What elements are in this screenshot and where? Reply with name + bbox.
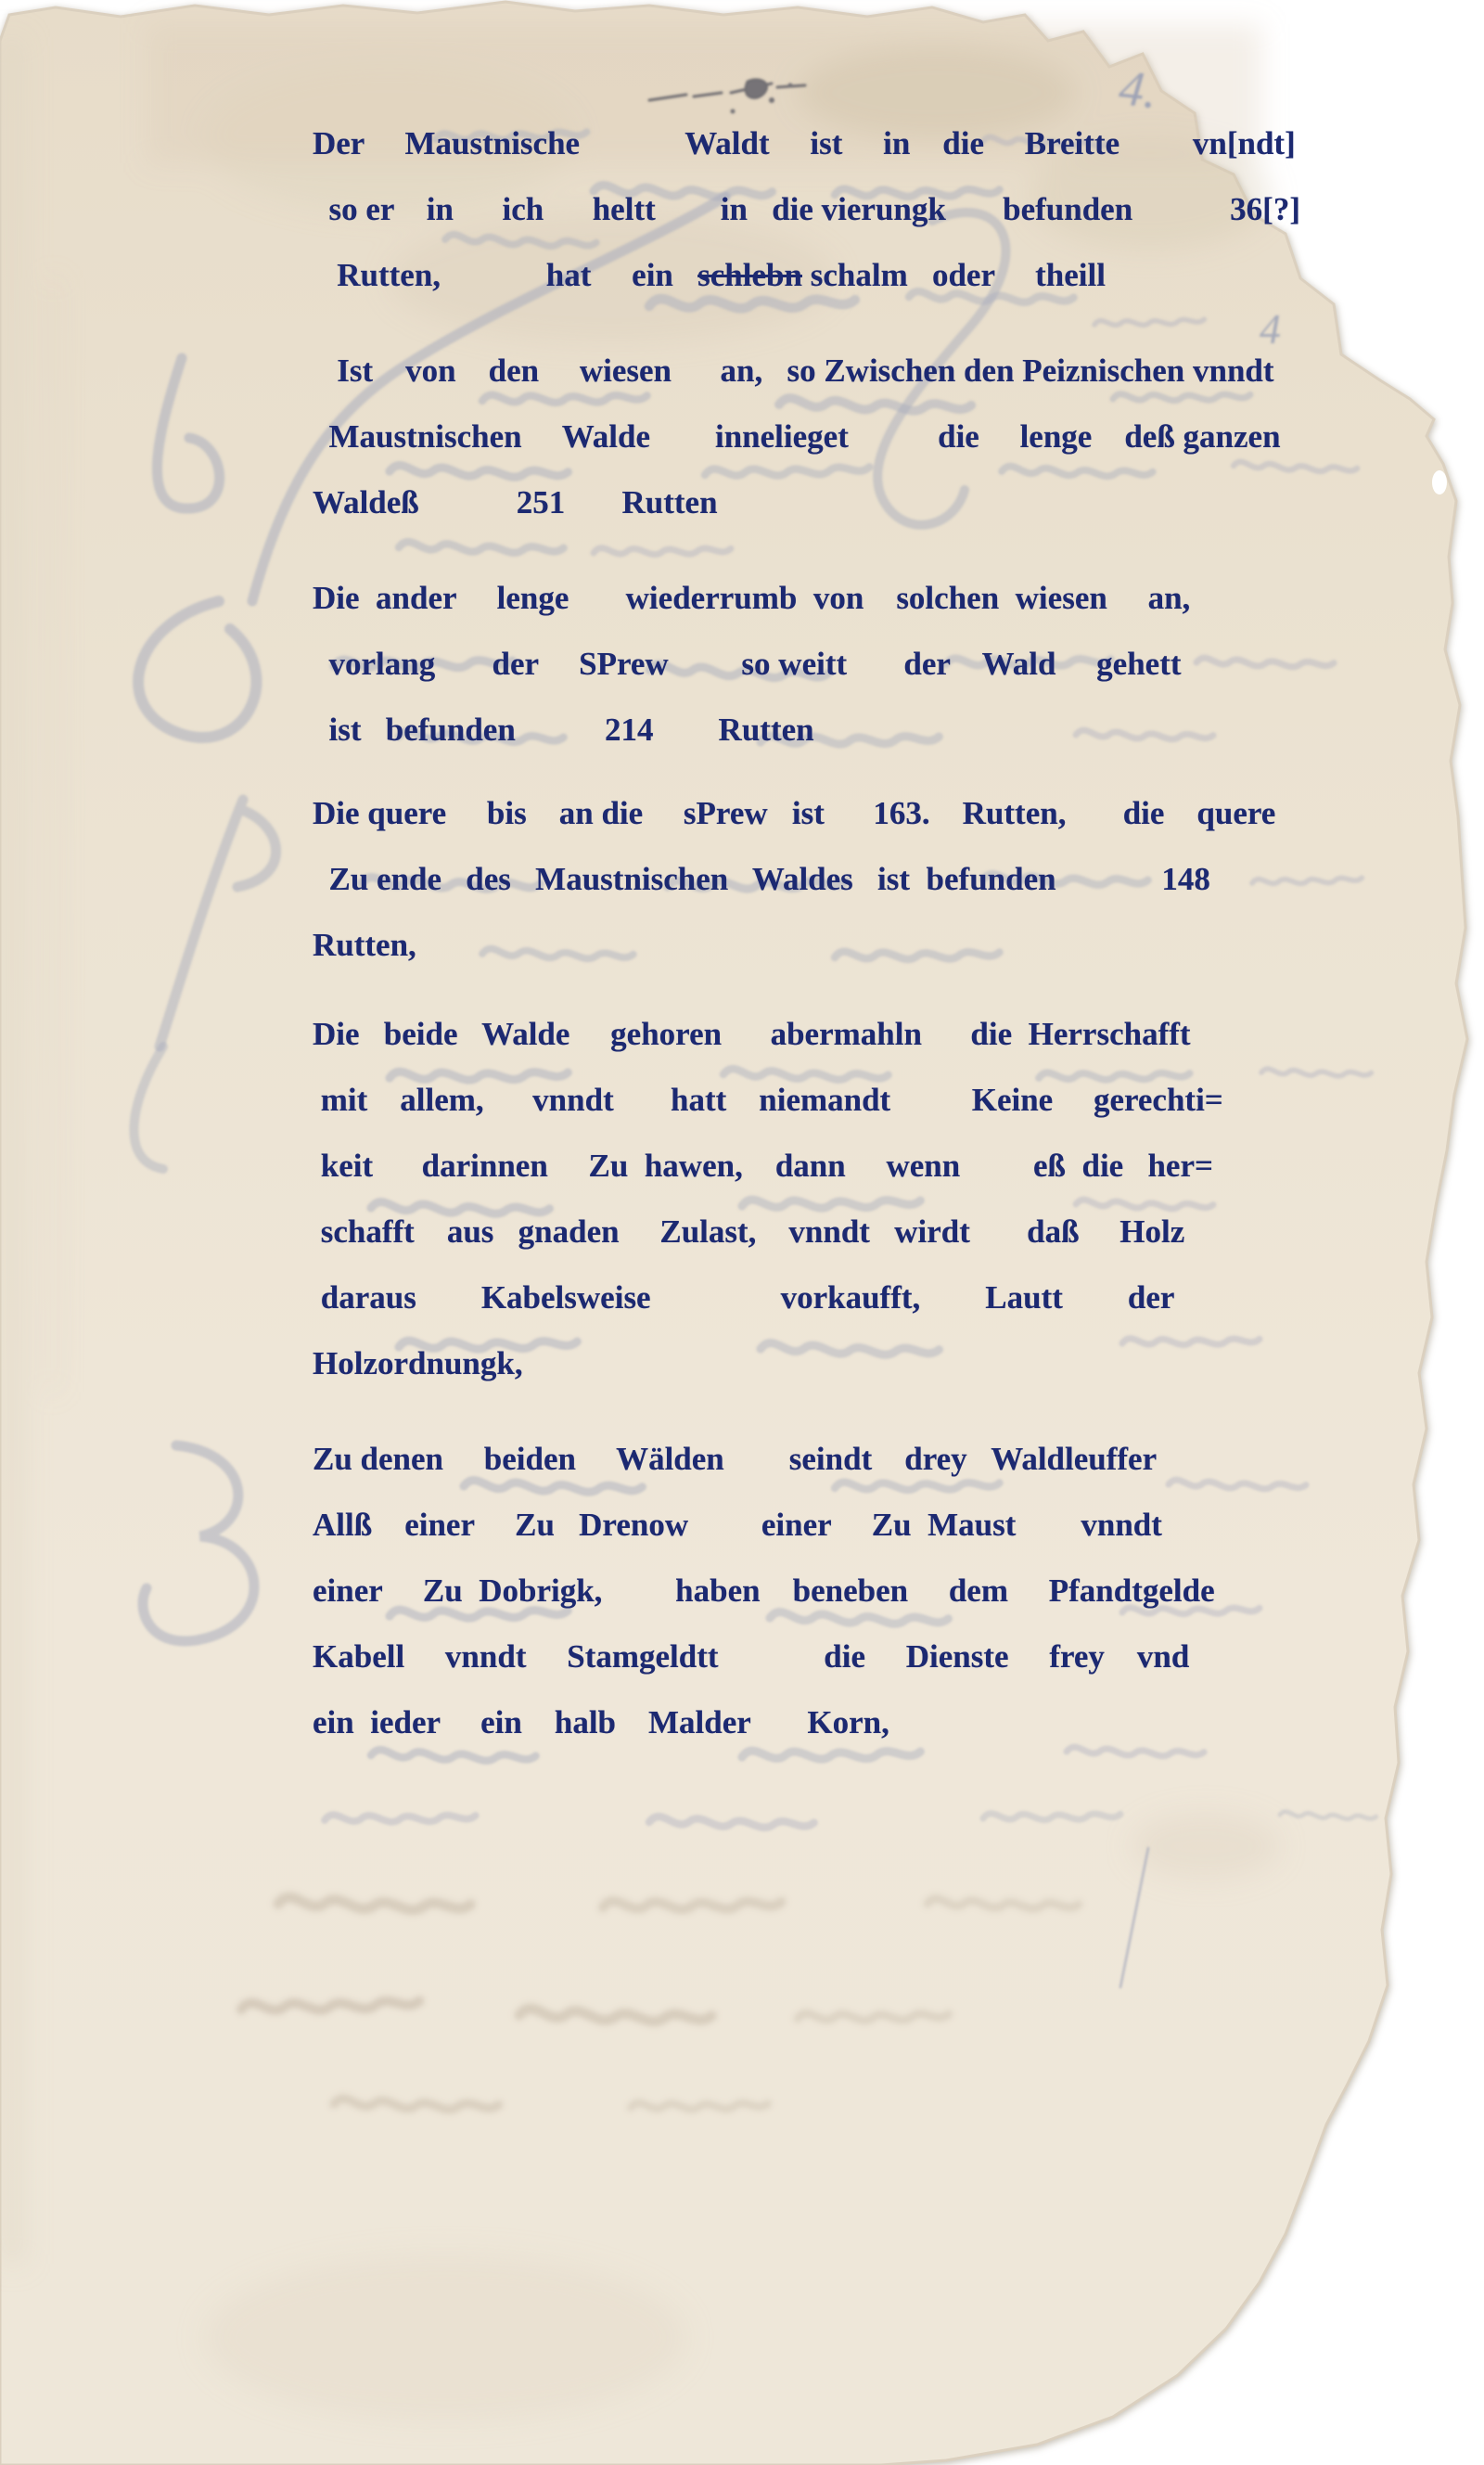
text-segment: Die ander lenge wiederrumb von solchen w… [313,580,1190,616]
transcription-line: Der Maustnische Waldt ist in die Breitte… [313,110,1453,176]
text-segment: mit allem, vnndt hatt niemandt Keine ger… [313,1082,1223,1118]
text-segment: Rutten, [313,927,416,963]
text-segment: Der Maustnische Waldt ist in die Breitte… [313,125,1296,161]
transcription-line: Rutten, [313,912,1453,978]
text-segment: Rutten, hat ein [313,257,697,293]
transcription-paragraph: Ist von den wiesen an, so Zwischen den P… [313,338,1453,535]
transcription-line: schafft aus gnaden Zulast, vnndt wirdt d… [313,1199,1453,1265]
text-segment: Allß einer Zu Drenow einer Zu Maust vnnd… [313,1507,1162,1543]
transcription-overlay: Der Maustnische Waldt ist in die Breitte… [313,110,1453,1785]
text-segment: schalm oder theill [802,257,1106,293]
transcription-line: Die ander lenge wiederrumb von solchen w… [313,565,1453,631]
text-segment: vorlang der SPrew so weitt der Wald gehe… [313,646,1182,682]
transcription-line: Rutten, hat ein schlebn schalm oder thei… [313,242,1453,308]
transcription-line: Waldeß 251 Rutten [313,469,1453,535]
text-segment: Die beide Walde gehoren abermahln die He… [313,1016,1191,1052]
transcription-line: Die beide Walde gehoren abermahln die He… [313,1001,1453,1067]
text-segment: Maustnischen Walde innelieget die lenge … [313,418,1281,455]
text-segment: ist befunden 214 Rutten [313,712,814,748]
transcription-line: mit allem, vnndt hatt niemandt Keine ger… [313,1067,1453,1133]
transcription-line: daraus Kabelsweise vorkaufft, Lautt der [313,1265,1453,1330]
struck-word: schlebn [697,257,802,293]
transcription-line: Holzordnungk, [313,1330,1453,1396]
text-segment: Ist von den wiesen an, so Zwischen den P… [313,353,1274,389]
transcription-line: Zu denen beiden Wälden seindt drey Waldl… [313,1426,1453,1492]
transcription-paragraph: Der Maustnische Waldt ist in die Breitte… [313,110,1453,308]
transcription-paragraph: Die beide Walde gehoren abermahln die He… [313,1001,1453,1396]
text-segment: Zu denen beiden Wälden seindt drey Waldl… [313,1441,1157,1477]
transcription-paragraph: Zu denen beiden Wälden seindt drey Waldl… [313,1426,1453,1755]
text-segment: Holzordnungk, [313,1345,523,1381]
text-segment: Zu ende des Maustnischen Waldes ist befu… [313,861,1210,897]
text-segment: Waldeß 251 Rutten [313,484,718,520]
transcription-line: Die quere bis an die sPrew ist 163. Rutt… [313,780,1453,846]
transcription-line: so er in ich heltt in die vierungk befun… [313,176,1453,242]
transcription-line: Kabell vnndt Stamgeldtt die Dienste frey… [313,1624,1453,1689]
transcription-line: ein ieder ein halb Malder Korn, [313,1689,1453,1755]
transcription-line: vorlang der SPrew so weitt der Wald gehe… [313,631,1453,697]
transcription-line: Maustnischen Walde innelieget die lenge … [313,404,1453,469]
text-segment: daraus Kabelsweise vorkaufft, Lautt der [313,1279,1174,1316]
text-segment: einer Zu Dobrigk, haben beneben dem Pfan… [313,1573,1215,1609]
text-segment: so er in ich heltt in die vierungk befun… [313,191,1300,227]
transcription-paragraph: Die ander lenge wiederrumb von solchen w… [313,565,1453,763]
transcription-line: einer Zu Dobrigk, haben beneben dem Pfan… [313,1558,1453,1624]
text-segment: Die quere bis an die sPrew ist 163. Rutt… [313,795,1275,831]
text-segment: Kabell vnndt Stamgeldtt die Dienste frey… [313,1638,1189,1675]
transcription-line: Allß einer Zu Drenow einer Zu Maust vnnd… [313,1492,1453,1558]
text-segment: ein ieder ein halb Malder Korn, [313,1704,889,1740]
transcription-line: Ist von den wiesen an, so Zwischen den P… [313,338,1453,404]
transcription-line: Zu ende des Maustnischen Waldes ist befu… [313,846,1453,912]
transcription-line: ist befunden 214 Rutten [313,697,1453,763]
text-segment: schafft aus gnaden Zulast, vnndt wirdt d… [313,1213,1184,1250]
transcription-paragraph: Die quere bis an die sPrew ist 163. Rutt… [313,780,1453,978]
scanned-manuscript-page: 4. 4 Der Maustnische Waldt ist in die Br… [0,0,1484,2465]
text-segment: keit darinnen Zu hawen, dann wenn eß die… [313,1148,1213,1184]
transcription-line: keit darinnen Zu hawen, dann wenn eß die… [313,1133,1453,1199]
